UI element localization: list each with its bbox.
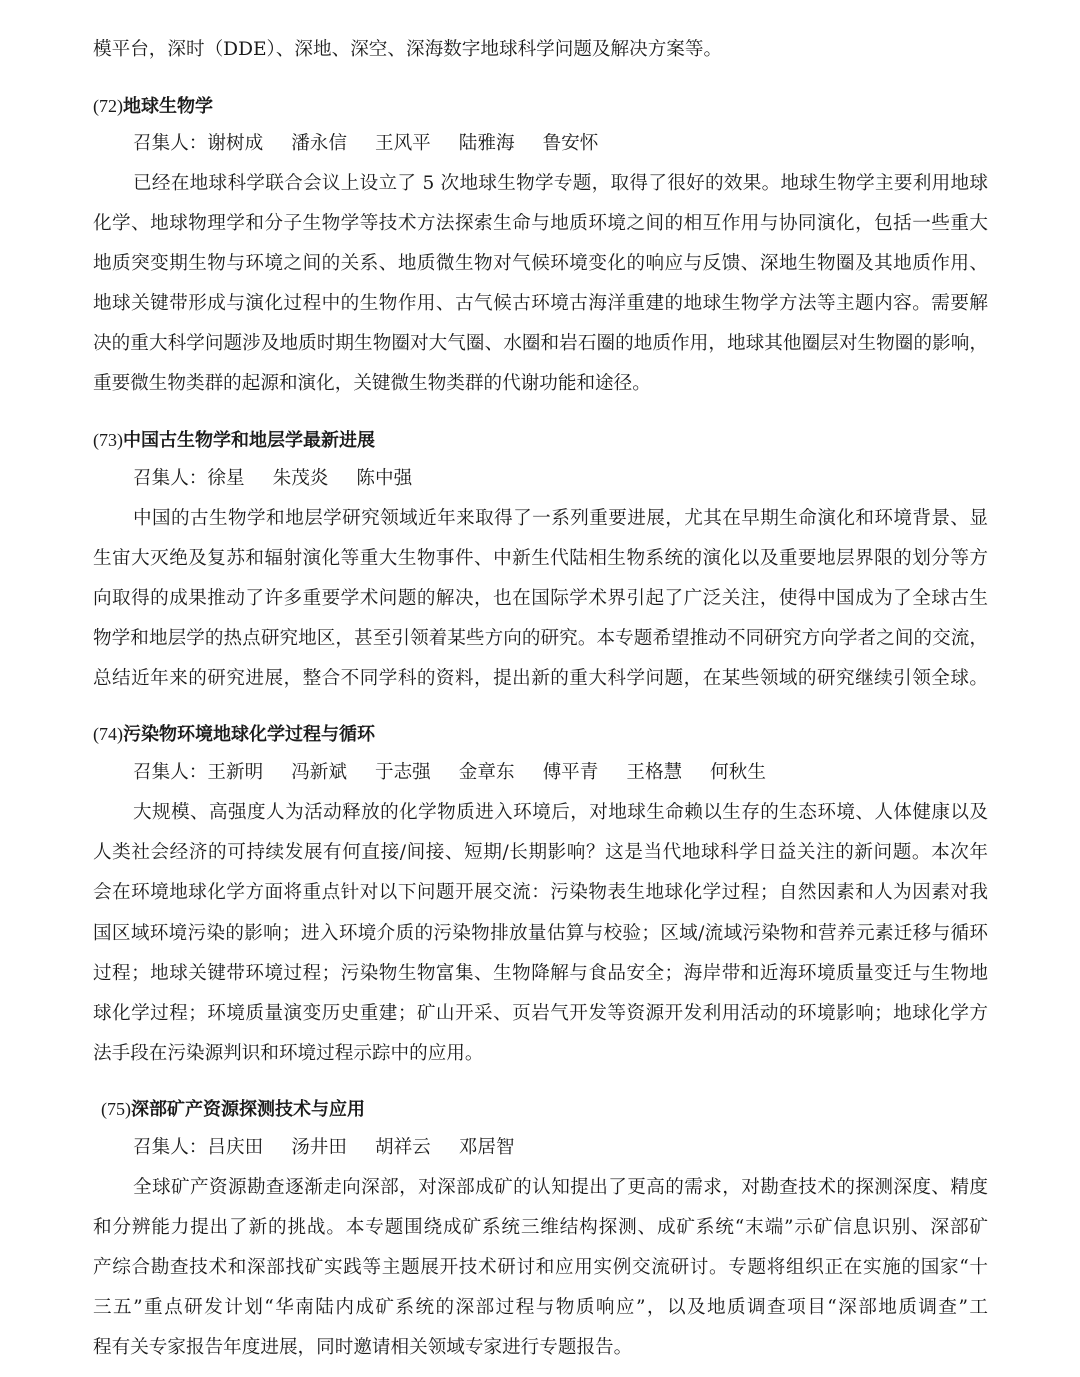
convener-name: 陆雅海	[459, 132, 515, 156]
paragraph-line: 决的重大科学问题涉及地质时期生物圈对大气圈、水圈和岩石圈的地质作用，地球其他圈层…	[93, 332, 988, 356]
convener-name: 汤井田	[291, 1136, 347, 1160]
paragraph-line: 三五”重点研发计划“华南陆内成矿系统的深部过程与物质响应”，以及地质调查项目“深…	[93, 1296, 988, 1320]
convener-name: 邓居智	[459, 1136, 515, 1160]
convener-name: 潘永信	[291, 132, 347, 156]
section-number: (75)	[101, 1099, 131, 1119]
paragraph-line: 物学和地层学的热点研究地区，甚至引领着某些方向的研究。本专题希望推动不同研究方向…	[93, 627, 988, 651]
paragraph-line: 生宙大灭绝及复苏和辐射演化等重大生物事件、中新生代陆相生物系统的演化以及重要地层…	[93, 547, 988, 571]
paragraph-line: 模平台，深时（DDE）、深地、深空、深海数字地球科学问题及解决方案等。	[93, 38, 988, 62]
section-heading-73: (73)中国古生物学和地层学最新进展	[93, 428, 988, 453]
paragraph-line: 已经在地球科学联合会议上设立了 5 次地球生物学专题，取得了很好的效果。地球生物…	[133, 172, 988, 196]
convener-label: 召集人：	[133, 1137, 207, 1158]
section-title: 中国古生物学和地层学最新进展	[123, 430, 375, 451]
convener-label: 召集人：	[133, 762, 207, 783]
convener-name: 谢树成	[207, 132, 263, 156]
convener-name: 鲁安怀	[543, 132, 599, 156]
paragraph-line: 地质突变期生物与环境之间的关系、地质微生物对气候环境变化的响应与反馈、深地生物圈…	[93, 252, 988, 276]
section-heading-72: (72)地球生物学	[93, 94, 988, 119]
paragraph-line: 和分辨能力提出了新的挑战。本专题围绕成矿系统三维结构探测、成矿系统“末端”示矿信…	[93, 1216, 988, 1240]
conveners-75: 召集人：吕庆田汤井田胡祥云邓居智	[133, 1136, 988, 1160]
convener-name: 金章东	[459, 761, 515, 785]
paragraph-line: 重要微生物类群的起源和演化，关键微生物类群的代谢功能和途径。	[93, 372, 988, 396]
convener-name: 朱茂炎	[273, 467, 329, 491]
conveners-73: 召集人：徐星朱茂炎陈中强	[133, 467, 988, 491]
paragraph-line: 总结近年来的研究进展，整合不同学科的资料，提出新的重大科学问题，在某些领域的研究…	[93, 667, 988, 691]
convener-name: 何秋生	[710, 761, 766, 785]
section-heading-74: (74)污染物环境地球化学过程与循环	[93, 722, 988, 747]
convener-name: 陈中强	[356, 467, 412, 491]
section-number: (74)	[93, 724, 123, 744]
section-number: (73)	[93, 430, 123, 450]
paragraph-line: 产综合勘查技术和深部找矿实践等主题展开技术研讨和应用实例交流研讨。专题将组织正在…	[93, 1256, 988, 1280]
paragraph-line: 球化学过程；环境质量演变历史重建；矿山开采、页岩气开发等资源开发利用活动的环境影…	[93, 1002, 988, 1026]
convener-name: 徐星	[207, 467, 244, 491]
convener-name: 冯新斌	[291, 761, 347, 785]
paragraph-line: 向取得的成果推动了许多重要学术问题的解决，也在国际学术界引起了广泛关注，使得中国…	[93, 587, 988, 611]
document-page: 模平台，深时（DDE）、深地、深空、深海数字地球科学问题及解决方案等。 (72)…	[0, 0, 1080, 1377]
convener-name: 胡祥云	[375, 1136, 431, 1160]
section-heading-75: (75)深部矿产资源探测技术与应用	[101, 1097, 996, 1122]
paragraph-line: 会在环境地球化学方面将重点针对以下问题开展交流：污染物表生地球化学过程；自然因素…	[93, 881, 988, 905]
paragraph-line: 法手段在污染源判识和环境过程示踪中的应用。	[93, 1042, 988, 1066]
convener-name: 王新明	[207, 761, 263, 785]
section-title: 污染物环境地球化学过程与循环	[123, 724, 375, 745]
paragraph-line: 地球关键带形成与演化过程中的生物作用、古气候古环境古海洋重建的地球生物学方法等主…	[93, 292, 988, 316]
convener-label: 召集人：	[133, 133, 207, 154]
section-number: (72)	[93, 96, 123, 116]
section-title: 地球生物学	[123, 96, 213, 117]
paragraph-line: 大规模、高强度人为活动释放的化学物质进入环境后，对地球生命赖以生存的生态环境、人…	[133, 801, 988, 825]
paragraph-line: 过程；地球关键带环境过程；污染物生物富集、生物降解与食品安全；海岸带和近海环境质…	[93, 962, 988, 986]
paragraph-line: 人类社会经济的可持续发展有何直接/间接、短期/长期影响？这是当代地球科学日益关注…	[93, 841, 988, 865]
convener-name: 于志强	[375, 761, 431, 785]
paragraph-line: 全球矿产资源勘查逐渐走向深部，对深部成矿的认知提出了更高的需求，对勘查技术的探测…	[133, 1176, 988, 1200]
convener-name: 傅平青	[543, 761, 599, 785]
paragraph-line: 中国的古生物学和地层学研究领域近年来取得了一系列重要进展，尤其在早期生命演化和环…	[133, 507, 988, 531]
convener-label: 召集人：	[133, 468, 207, 489]
section-title: 深部矿产资源探测技术与应用	[131, 1099, 365, 1120]
paragraph-line: 国区域环境污染的影响；进入环境介质的污染物排放量估算与校验；区域/流域污染物和营…	[93, 922, 988, 946]
convener-name: 吕庆田	[207, 1136, 263, 1160]
conveners-72: 召集人：谢树成潘永信王风平陆雅海鲁安怀	[133, 132, 988, 156]
paragraph-line: 化学、地球物理学和分子生物学等技术方法探索生命与地质环境之间的相互作用与协同演化…	[93, 212, 988, 236]
convener-name: 王风平	[375, 132, 431, 156]
convener-name: 王格慧	[626, 761, 682, 785]
conveners-74: 召集人：王新明冯新斌于志强金章东傅平青王格慧何秋生	[133, 761, 988, 785]
paragraph-line: 程有关专家报告年度进展，同时邀请相关领域专家进行专题报告。	[93, 1336, 988, 1360]
